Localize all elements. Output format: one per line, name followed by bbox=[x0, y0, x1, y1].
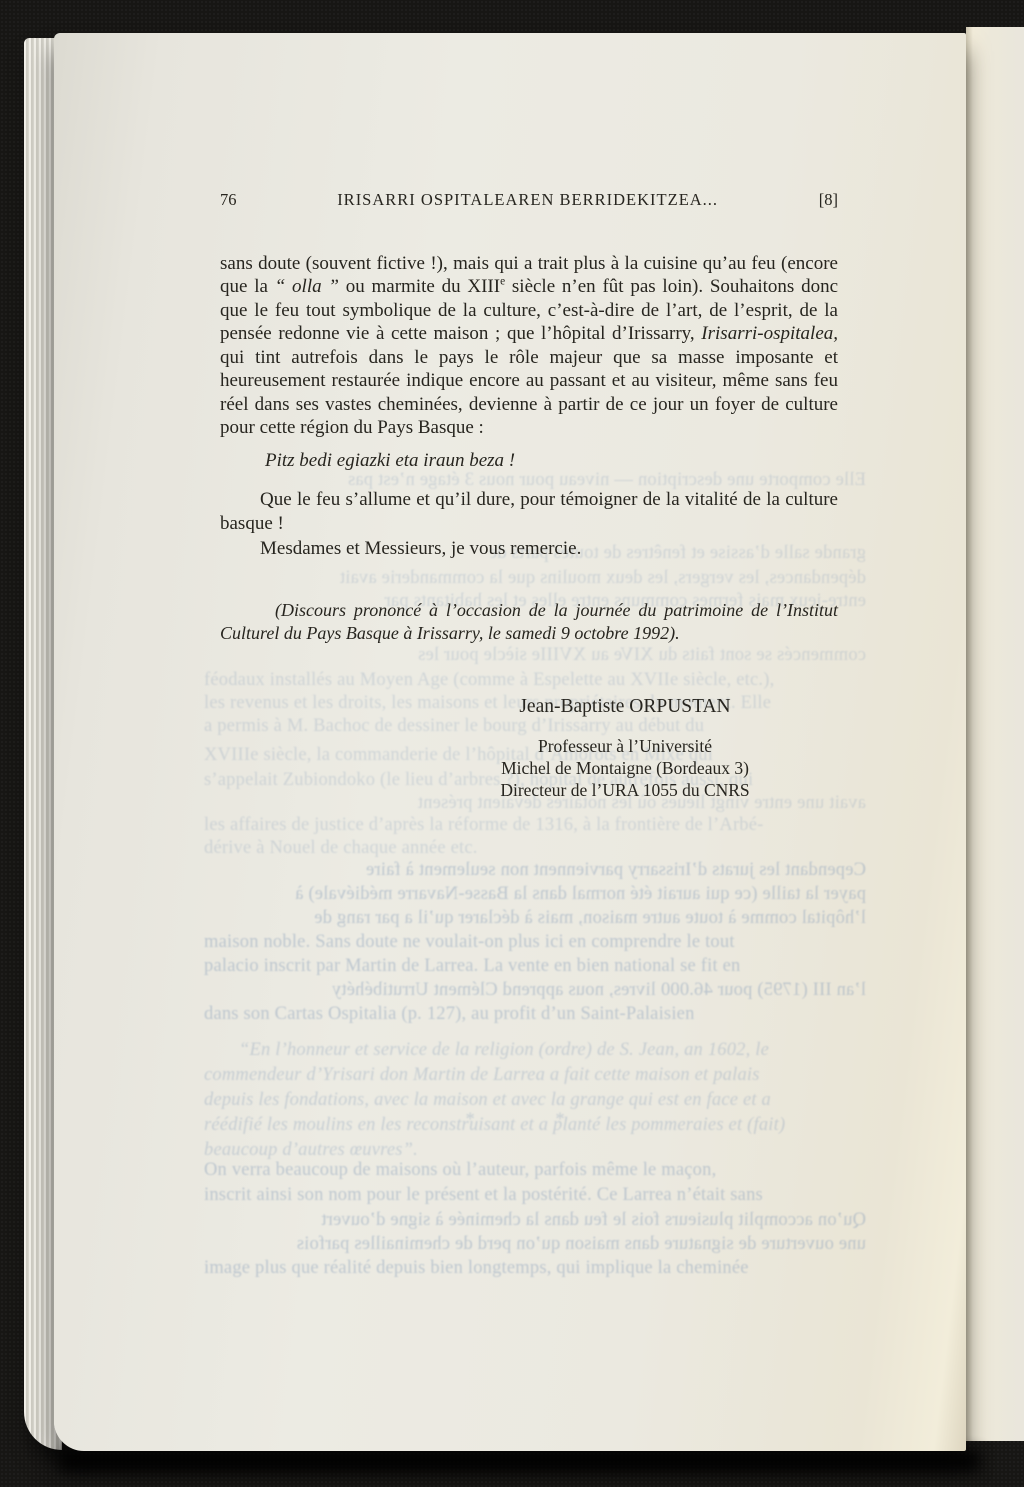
bleedthrough-line: On verra beaucoup de maisons où l’auteur… bbox=[204, 1160, 866, 1181]
text-segment: ou marmite du XIII bbox=[339, 276, 500, 297]
bleedthrough-line: depuis les fondations, avec la maison et… bbox=[204, 1090, 866, 1111]
page-header: 76 IRISARRI OSPITALEAREN BERRIDEKITZEA..… bbox=[220, 188, 838, 212]
bleedthrough-line: Cependant les jurats d’Irissarry parvien… bbox=[204, 860, 866, 881]
bleedthrough-line: les affaires de justice d’après la réfor… bbox=[204, 815, 866, 836]
bleedthrough-line: commendeur d’Yrisari don Martin de Larre… bbox=[204, 1065, 866, 1086]
bleedthrough-line: dérive à Nouel de chaque année etc. bbox=[204, 838, 866, 859]
text-segment-italic: Irisarri-ospitalea, bbox=[701, 323, 838, 344]
bleedthrough-line: une ouverture de signature dans maison q… bbox=[204, 1234, 866, 1255]
facing-page bbox=[966, 27, 1024, 1441]
author-title-line: Professeur à l’Université bbox=[425, 735, 825, 757]
bleedthrough-line: dans son Cartas Ospitalia (p. 127), au p… bbox=[204, 1004, 866, 1025]
author-name: Jean-Baptiste ORPUSTAN bbox=[425, 695, 825, 719]
photo-background: { "header": { "page_number": "76", "titl… bbox=[0, 0, 1024, 1487]
page-content: 76 IRISARRI OSPITALEAREN BERRIDEKITZEA..… bbox=[220, 188, 838, 801]
bleedthrough-line: beaucoup d’autres œuvres”. bbox=[204, 1140, 866, 1161]
bleedthrough-separator: * * bbox=[384, 1110, 684, 1131]
paragraph-main: sans doute (souvent fictive !), mais qui… bbox=[220, 252, 838, 440]
paragraph-thanks: Mesdames et Messieurs, je vous remercie. bbox=[220, 537, 838, 561]
basque-quote: Pitz bedi egiazki eta iraun beza ! bbox=[265, 449, 838, 473]
bleedthrough-line: “En l’honneur et service de la religion … bbox=[239, 1040, 901, 1061]
page-number: 76 bbox=[220, 188, 237, 212]
bleedthrough-line: palacio inscrit par Martin de Larrea. La… bbox=[204, 956, 866, 977]
signature-block: Jean-Baptiste ORPUSTAN Professeur à l’Un… bbox=[425, 695, 825, 802]
bleedthrough-line: image plus que réalité depuis bien longt… bbox=[204, 1258, 866, 1279]
book-page: Elle comporte une description — niveau p… bbox=[54, 33, 966, 1451]
author-title-line: Michel de Montaigne (Bordeaux 3) bbox=[425, 757, 825, 779]
text-segment: qui tint autrefois dans le pays le rôle … bbox=[220, 347, 838, 439]
bleedthrough-line: l’an III (1795) pour 46.000 livres, nous… bbox=[204, 980, 866, 1001]
speech-note: (Discours prononcé à l’occasion de la jo… bbox=[220, 599, 838, 645]
section-reference: [8] bbox=[819, 188, 838, 212]
running-title: IRISARRI OSPITALEAREN BERRIDEKITZEA... bbox=[337, 188, 718, 212]
bleedthrough-line: l’hôpital comme à toute autre maison, ma… bbox=[204, 908, 866, 929]
bleedthrough-line: payer la taille (ce qui aurait été norma… bbox=[204, 884, 866, 905]
page-shadow bbox=[60, 1450, 980, 1472]
text-segment-italic: “ olla ” bbox=[275, 276, 339, 297]
paragraph-flame: Que le feu s’allume et qu’il dure, pour … bbox=[220, 488, 838, 535]
bleedthrough-line: inscrit ainsi son nom pour le présent et… bbox=[204, 1185, 866, 1206]
author-title-line: Directeur de l’URA 1055 du CNRS bbox=[425, 779, 825, 801]
bleedthrough-line: maison noble. Sans doute ne voulait-on p… bbox=[204, 932, 866, 953]
bleedthrough-line: Qu’on accomplit plusieurs fois le feu da… bbox=[204, 1210, 866, 1231]
